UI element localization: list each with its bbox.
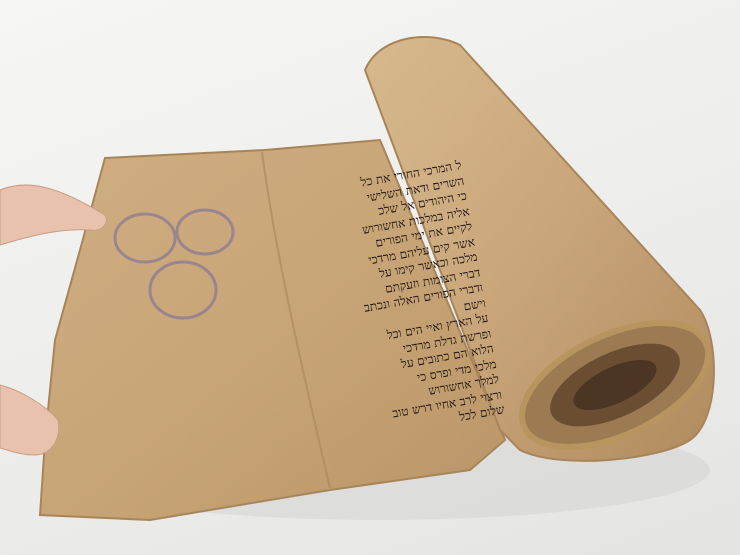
scroll-photo: ל המרכי החורי את כל השרים ודאת השלישי כי… bbox=[0, 0, 740, 555]
